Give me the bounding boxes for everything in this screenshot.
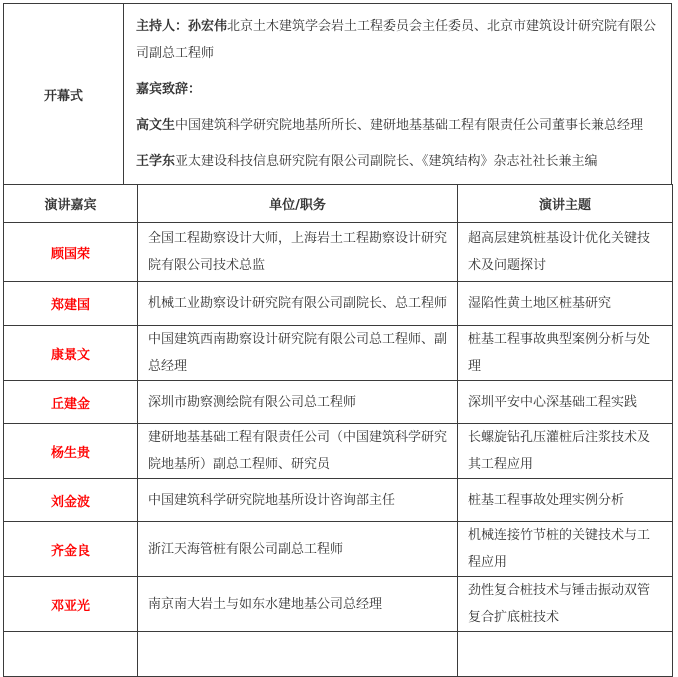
column-header-speaker: 演讲嘉宾 <box>4 185 138 223</box>
speaker-name: 齐金良 <box>4 522 138 577</box>
column-header-topic: 演讲主题 <box>458 185 673 223</box>
table-row: 杨生贵 建研地基基础工程有限责任公司（中国建筑科学研究院地基所）副总工程师、研究… <box>4 424 673 479</box>
speaker-topic: 桩基工程事故典型案例分析与处理 <box>458 326 673 381</box>
speaker-topic: 深圳平安中心深基础工程实践 <box>458 381 673 424</box>
guest-name: 高文生 <box>136 118 175 133</box>
speaker-name: 邓亚光 <box>4 577 138 606</box>
opening-ceremony-table: 开幕式 主持人：孙宏伟北京土木建筑学会岩土工程委员会主任委员、北京市建筑设计研究… <box>3 3 672 185</box>
opening-ceremony-content: 主持人：孙宏伟北京土木建筑学会岩土工程委员会主任委员、北京市建筑设计研究院有限公… <box>124 4 672 185</box>
speaker-org: 中国建筑西南勘察设计研究院有限公司总工程师、副总经理 <box>138 326 458 381</box>
table-row: 邓亚光 南京南大岩土与如东水建地基公司总经理 劲性复合桩技术与锤击振动双管复合扩… <box>4 577 673 606</box>
speaker-name: 顾国荣 <box>4 223 138 282</box>
speaker-org: 深圳市勘察测绘院有限公司总工程师 <box>138 381 458 424</box>
column-header-org: 单位/职务 <box>138 185 458 223</box>
opening-ceremony-label: 开幕式 <box>4 4 124 185</box>
host-label: 主持人： <box>136 19 188 34</box>
table-row: 丘建金 深圳市勘察测绘院有限公司总工程师 深圳平安中心深基础工程实践 <box>4 381 673 424</box>
speaker-org: 中国建筑科学研究院地基所设计咨询部主任 <box>138 479 458 522</box>
speaker-org: 浙江天海管桩有限公司副总工程师 <box>138 522 458 577</box>
speaker-org: 南京南大岩土与如东水建地基公司总经理 <box>138 577 458 606</box>
table-row: 郑建国 机械工业勘察设计研究院有限公司副院长、总工程师 湿陷性黄土地区桩基研究 <box>4 282 673 326</box>
speaker-org: 机械工业勘察设计研究院有限公司副院长、总工程师 <box>138 282 458 326</box>
speaker-topic: 超高层建筑桩基设计优化关键技术及问题探讨 <box>458 223 673 282</box>
speakers-table: 演讲嘉宾 单位/职务 演讲主题 顾国荣 全国工程勘察设计大师，上海岩土工程勘察设… <box>3 184 673 605</box>
host-name: 孙宏伟 <box>188 19 227 34</box>
speaker-name: 丘建金 <box>4 381 138 424</box>
guest-description: 中国建筑科学研究院地基所所长、建研地基基础工程有限责任公司董事长兼总经理 <box>175 118 643 133</box>
table-row: 齐金良 浙江天海管桩有限公司副总工程师 机械连接竹节桩的关键技术与工程应用 <box>4 522 673 577</box>
speaker-topic: 桩基工程事故处理实例分析 <box>458 479 673 522</box>
speaker-org: 建研地基基础工程有限责任公司（中国建筑科学研究院地基所）副总工程师、研究员 <box>138 424 458 479</box>
speaker-name: 杨生贵 <box>4 424 138 479</box>
table-row: 顾国荣 全国工程勘察设计大师，上海岩土工程勘察设计研究院有限公司技术总监 超高层… <box>4 223 673 282</box>
speaker-name: 康景文 <box>4 326 138 381</box>
guest-description: 亚太建设科技信息研究院有限公司副院长、《建筑结构》杂志社社长兼主编 <box>175 154 598 169</box>
table-row: 刘金波 中国建筑科学研究院地基所设计咨询部主任 桩基工程事故处理实例分析 <box>4 479 673 522</box>
speaker-topic: 湿陷性黄土地区桩基研究 <box>458 282 673 326</box>
speaker-topic: 劲性复合桩技术与锤击振动双管复合扩底桩技术 <box>458 577 673 606</box>
guest-line: 高文生中国建筑科学研究院地基所所长、建研地基基础工程有限责任公司董事长兼总经理 <box>136 112 659 139</box>
conference-agenda: 开幕式 主持人：孙宏伟北京土木建筑学会岩土工程委员会主任委员、北京市建筑设计研究… <box>3 3 672 605</box>
opening-ceremony-row: 开幕式 主持人：孙宏伟北京土木建筑学会岩土工程委员会主任委员、北京市建筑设计研究… <box>4 4 672 185</box>
speaker-org: 全国工程勘察设计大师，上海岩土工程勘察设计研究院有限公司技术总监 <box>138 223 458 282</box>
greeting-line: 嘉宾致辞： <box>136 76 659 103</box>
speaker-topic: 机械连接竹节桩的关键技术与工程应用 <box>458 522 673 577</box>
guest-name: 王学东 <box>136 154 175 169</box>
greeting-label: 嘉宾致辞： <box>136 82 201 97</box>
host-line: 主持人：孙宏伟北京土木建筑学会岩土工程委员会主任委员、北京市建筑设计研究院有限公… <box>136 13 659 67</box>
guest-line: 王学东亚太建设科技信息研究院有限公司副院长、《建筑结构》杂志社社长兼主编 <box>136 148 659 175</box>
speakers-table-header: 演讲嘉宾 单位/职务 演讲主题 <box>4 185 673 223</box>
speaker-name: 刘金波 <box>4 479 138 522</box>
table-row: 康景文 中国建筑西南勘察设计研究院有限公司总工程师、副总经理 桩基工程事故典型案… <box>4 326 673 381</box>
speaker-name: 郑建国 <box>4 282 138 326</box>
speaker-topic: 长螺旋钻孔压灌桩后注浆技术及其工程应用 <box>458 424 673 479</box>
